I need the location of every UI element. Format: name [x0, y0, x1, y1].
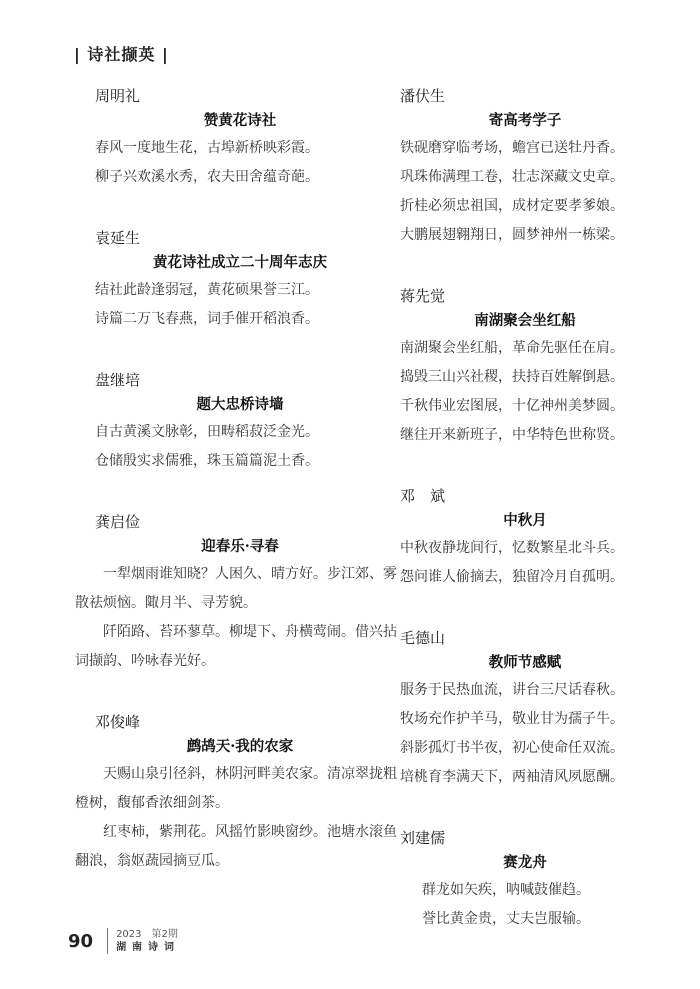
poem-line: 巩珠佈满理工卷，壮志深藏文史章。: [400, 163, 650, 192]
poem-author: 潘伏生: [400, 84, 650, 108]
poem-title: 中秋月: [400, 508, 650, 534]
poem-line: 诗篇二万飞春燕，词手催开稻浪香。: [95, 305, 385, 334]
poem-line: 仓储殷实求儒雅，珠玉篇篇泥土香。: [95, 447, 385, 476]
poem-line: 斜影孤灯书半夜，初心使命任双流。: [400, 734, 650, 763]
footer-divider: [107, 928, 108, 954]
poem-line: 铁砚磨穿临考场，蟾宫已送牡丹香。: [400, 134, 650, 163]
poem-line: 中秋夜静垅间行，忆数繁星北斗兵。: [400, 534, 650, 563]
poem-line: 群龙如矢疾，呐喊鼓催趋。: [400, 876, 650, 905]
poem: 盘继培 题大忠桥诗墙 自古黄溪文脉彰，田畴稻菽泛金光。 仓储殷实求儒雅，珠玉篇篇…: [95, 368, 385, 476]
poem-author: 盘继培: [95, 368, 385, 392]
poem: 周明礼 赞黄花诗社 春风一度地生花，古埠新桥映彩霞。 柳子兴欢溪水秀，农夫田舍蕴…: [95, 84, 385, 192]
poem-title: 迎春乐·寻春: [95, 534, 385, 560]
poem-author: 蒋先觉: [400, 284, 650, 308]
poem: 邓俊峰 鹧鸪天·我的农家 天赐山泉引径斜，林阴河畔美农家。清凉翠拢粗橙树，馥郁香…: [95, 710, 385, 876]
poem-line: 大鹏展翅翱翔日，圆梦神州一栋梁。: [400, 221, 650, 250]
poem-line: 春风一度地生花，古埠新桥映彩霞。: [95, 134, 385, 163]
poem-line: 服务于民热血流，讲台三尺话春秋。: [400, 676, 650, 705]
poem-title: 题大忠桥诗墙: [95, 392, 385, 418]
poem-author: 邓 斌: [400, 484, 650, 508]
poem-line: 牧场充作护羊马，敬业甘为孺子牛。: [400, 705, 650, 734]
poem-author: 周明礼: [95, 84, 385, 108]
page-number: 90: [68, 931, 93, 952]
poem-paragraph: 一犁烟雨谁知晓？人困久、晴方好。步江郊、雾散祛烦恼。陬月半、寻芳貌。: [75, 560, 397, 618]
section-header: | 诗社撷英 |: [74, 42, 169, 65]
poem-line: 南湖聚会坐红船，革命先驱任在肩。: [400, 334, 650, 363]
poem-paragraph: 天赐山泉引径斜，林阴河畔美农家。清凉翠拢粗橙树，馥郁香浓细剑茶。: [75, 760, 397, 818]
poem-line: 千秋伟业宏图展，十亿神州美梦圆。: [400, 392, 650, 421]
poem-author: 刘建儒: [400, 826, 650, 850]
poem-line: 誉比黄金贵，丈夫岂服输。: [400, 905, 650, 934]
poem-title: 赛龙舟: [400, 850, 650, 876]
poem: 龚启俭 迎春乐·寻春 一犁烟雨谁知晓？人困久、晴方好。步江郊、雾散祛烦恼。陬月半…: [95, 510, 385, 676]
poem-author: 龚启俭: [95, 510, 385, 534]
poem: 蒋先觉 南湖聚会坐红船 南湖聚会坐红船，革命先驱任在肩。 捣毁三山兴社稷，扶持百…: [400, 284, 650, 450]
poem-title: 赞黄花诗社: [95, 108, 385, 134]
poem-line: 自古黄溪文脉彰，田畴稻菽泛金光。: [95, 418, 385, 447]
poem-title: 南湖聚会坐红船: [400, 308, 650, 334]
issue-label: 2023 第2期: [116, 928, 180, 941]
poem-paragraph: 阡陌路、苔环蓼草。柳堤下、舟横莺闹。借兴拈词撷韵、吟咏春光好。: [75, 618, 397, 676]
poem-author: 袁延生: [95, 226, 385, 250]
poem-title: 教师节感赋: [400, 650, 650, 676]
poem: 刘建儒 赛龙舟 群龙如矢疾，呐喊鼓催趋。 誉比黄金贵，丈夫岂服输。: [400, 826, 650, 934]
poem-author: 毛德山: [400, 626, 650, 650]
poem-line: 捣毁三山兴社稷，扶持百姓解倒悬。: [400, 363, 650, 392]
poem-title: 鹧鸪天·我的农家: [95, 734, 385, 760]
poem-title: 寄高考学子: [400, 108, 650, 134]
magazine-name: 湖南诗词: [116, 941, 180, 954]
poem: 袁延生 黄花诗社成立二十周年志庆 结社此龄逢弱冠，黄花硕果誉三江。 诗篇二万飞春…: [95, 226, 385, 334]
left-column: 周明礼 赞黄花诗社 春风一度地生花，古埠新桥映彩霞。 柳子兴欢溪水秀，农夫田舍蕴…: [95, 84, 385, 876]
page-footer: 90 2023 第2期 湖南诗词: [68, 928, 180, 954]
poem-line: 培桃育李满天下，两袖清风夙愿酬。: [400, 763, 650, 792]
poem-author: 邓俊峰: [95, 710, 385, 734]
poem-line: 继往开来新班子，中华特色世称贤。: [400, 421, 650, 450]
poem-paragraph: 红枣柿，紫荆花。风摇竹影映窗纱。池塘水滚鱼翻浪，翁妪蔬园摘豆瓜。: [75, 818, 397, 876]
poem-line: 怨问谁人偷摘去，独留冷月自孤明。: [400, 563, 650, 592]
poem-line: 结社此龄逢弱冠，黄花硕果誉三江。: [95, 276, 385, 305]
poem-line: 柳子兴欢溪水秀，农夫田舍蕴奇葩。: [95, 163, 385, 192]
poem-line: 折桂必须忠祖国，成材定要孝爹娘。: [400, 192, 650, 221]
poem: 毛德山 教师节感赋 服务于民热血流，讲台三尺话春秋。 牧场充作护羊马，敬业甘为孺…: [400, 626, 650, 792]
poem: 潘伏生 寄高考学子 铁砚磨穿临考场，蟾宫已送牡丹香。 巩珠佈满理工卷，壮志深藏文…: [400, 84, 650, 250]
right-column: 潘伏生 寄高考学子 铁砚磨穿临考场，蟾宫已送牡丹香。 巩珠佈满理工卷，壮志深藏文…: [400, 84, 650, 934]
poem: 邓 斌 中秋月 中秋夜静垅间行，忆数繁星北斗兵。 怨问谁人偷摘去，独留冷月自孤明…: [400, 484, 650, 592]
poem-title: 黄花诗社成立二十周年志庆: [95, 250, 385, 276]
